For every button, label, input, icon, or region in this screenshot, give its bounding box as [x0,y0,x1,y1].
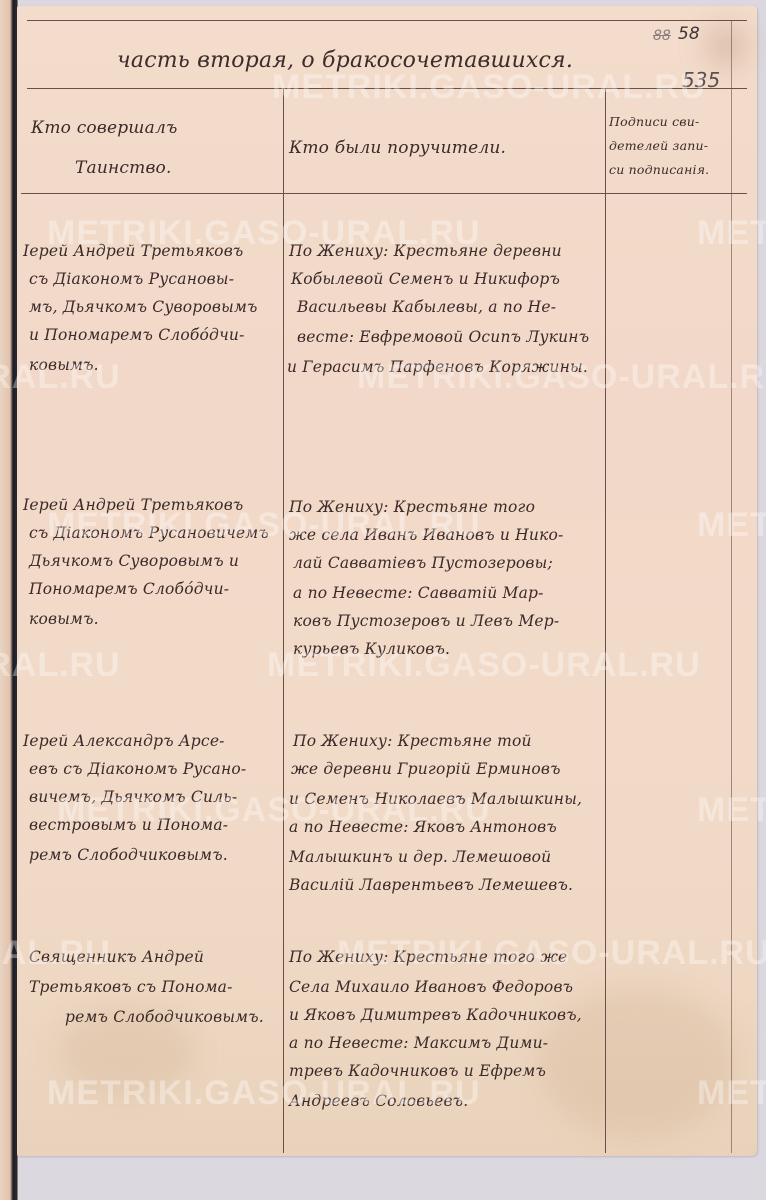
entry-performer-line: ремъ Слободчиковымъ. [29,846,228,864]
watermark: METRIKI.GASO-URAL.RU [0,934,111,973]
entry-guarantor-line: лай Савватiевъ Пустозеровы; [293,554,553,572]
entry-performer-line: и Пономаремъ Слобо́дчи- [29,326,245,344]
watermark: METRIKI.GASO-URAL.RU [697,791,766,830]
watermark: METRIKI.GASO-URAL.RU [47,1074,481,1113]
top-rule [27,20,747,21]
entry-guarantor-line: Села Михаило Ивановъ Федоровъ [289,978,573,996]
header-signatures-line2: детелей запи- [609,138,708,153]
watermark: METRIKI.GASO-URAL.RU [697,1074,766,1113]
entry-guarantor-line: Василiй Лаврентьевъ Лемешевъ. [289,876,573,894]
header-signatures-line3: си подписанія. [609,162,709,177]
document-page: часть вторая, о бракосочетавшихся. 88 58… [17,6,757,1156]
entry-guarantor-line: Малышкинъ и дер. Лемешовой [289,848,551,866]
watermark: METRIKI.GASO-URAL.RU [57,791,491,830]
watermark: METRIKI.GASO-URAL.RU [0,646,121,685]
entry-guarantor-line: а по Невесте: Савватiй Мар- [293,584,544,602]
watermark: METRIKI.GASO-URAL.RU [272,68,706,107]
entry-performer-line: евъ съ Дiакономъ Русано- [29,760,246,778]
header-performer-line2: Таинство. [75,158,172,178]
column-divider-2 [605,88,606,1153]
watermark: METRIKI.GASO-URAL.RU [267,646,701,685]
entry-performer-line: Iерей Александръ Арсе- [23,732,225,750]
entry-performer-line: Третьяковъ съ Понома- [29,978,233,996]
watermark: METRIKI.GASO-URAL.RU [337,934,766,973]
entry-performer-line: ковымъ. [29,610,99,628]
entry-performer-line: ремъ Слободчиковымъ. [65,1008,264,1026]
entry-guarantor-line: и Яковъ Димитревъ Кадочниковъ, [289,1006,582,1024]
page-number: 58 [678,24,700,44]
struck-page-number: 88 [653,28,671,44]
header-signatures-line1: Подписи сви- [609,114,699,129]
entry-performer-line: съ Дiакономъ Русановы- [29,270,234,288]
entry-guarantor-line: же деревни Григорiй Ерминовъ [291,760,561,778]
watermark: METRIKI.GASO-URAL.RU [697,506,766,545]
header-guarantors: Кто были поручители. [289,138,506,158]
header-rule [21,193,747,194]
watermark: METRIKI.GASO-URAL.RU [47,506,481,545]
entry-guarantor-line: весте: Евфремовой Осипъ Лукинъ [297,328,589,346]
entry-guarantor-line: а по Невесте: Максимъ Дими- [289,1034,548,1052]
watermark: METRIKI.GASO-URAL.RU [357,358,766,397]
entry-performer-line: мъ, Дьячкомъ Суворовымъ [29,298,258,316]
entry-guarantor-line: Кобылевой Семенъ и Никифоръ [291,270,560,288]
entry-guarantor-line: Васильевы Кабылевы, а по Не- [297,298,556,316]
entry-guarantor-line: По Жениху: Крестьяне той [293,732,532,750]
entry-performer-line: Пономаремъ Слобо́дчи- [29,580,229,598]
right-margin-rule [731,20,732,1153]
entry-guarantor-line: ковъ Пустозеровъ и Левъ Мер- [293,612,559,630]
entry-performer-line: Дьячкомъ Суворовымъ и [29,552,239,570]
watermark: METRIKI.GASO-URAL.RU [697,214,766,253]
header-performer-line1: Кто совершалъ [31,118,178,138]
book-binding [0,0,18,1200]
watermark: METRIKI.GASO-URAL.RU [0,358,121,397]
watermark: METRIKI.GASO-URAL.RU [47,214,481,253]
corner-stain [707,26,747,66]
